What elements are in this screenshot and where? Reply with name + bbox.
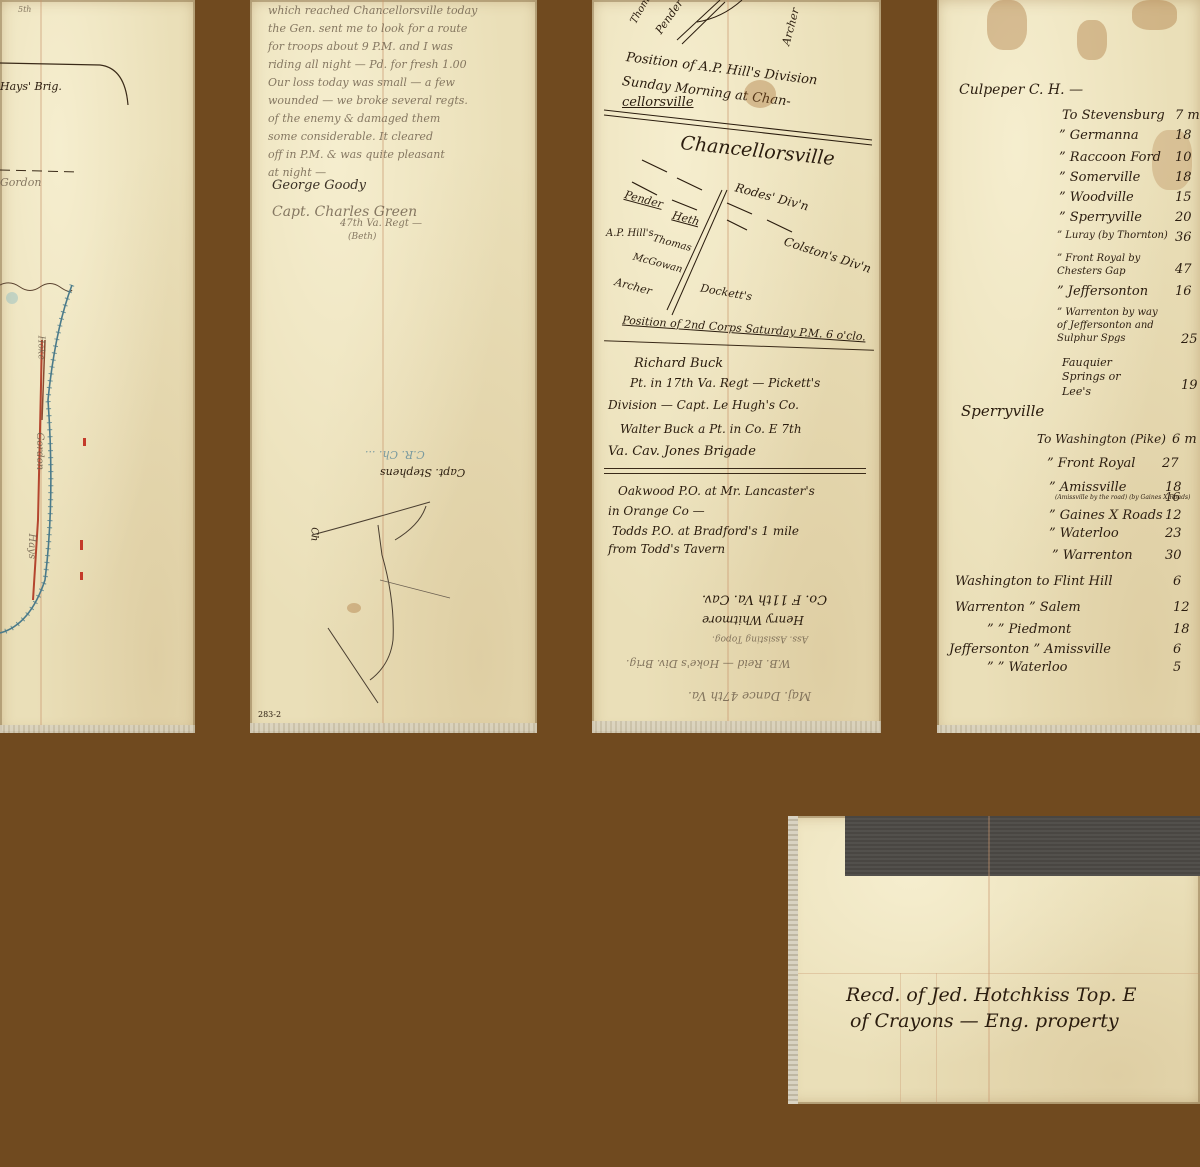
section-origin: Culpeper C. H. — (959, 82, 1083, 100)
ruled-line (798, 973, 1200, 974)
distance-miles: 30 (1165, 548, 1182, 563)
distance-place: ” Gaines X Roads (1049, 508, 1163, 523)
distance-place: ” Jeffersonton (1057, 284, 1148, 299)
distance-place: Jeffersonton ” Amissville (949, 642, 1111, 657)
map-label: Gordon (33, 432, 46, 470)
distance-place: ” Sperryville (1059, 210, 1142, 225)
distance-miles: 7 m (1175, 108, 1200, 123)
entry-line: Pt. in 17th Va. Regt — Pickett's (630, 376, 820, 391)
upside-down-line: W.B. Reid — Hoke's Div. Brig. (626, 656, 791, 670)
page-id: 283-2 (258, 710, 281, 720)
distance-place: ” Woodville (1059, 190, 1134, 205)
distance-place: Warrenton ” Salem (955, 600, 1081, 615)
page-edge (0, 725, 195, 733)
upside-down-line: Maj. Dance 47th Va. (688, 688, 811, 703)
distance-place: To Stevensburg (1062, 108, 1165, 123)
distance-miles: 18 (1173, 622, 1190, 637)
distance-miles: 27 (1162, 456, 1179, 471)
map-label: Hoke (34, 336, 45, 360)
notebook-page-5[interactable]: Recd. of Jed. Hotchkiss Top. E of Crayon… (788, 816, 1200, 1104)
distance-place: ” Waterloo (1049, 526, 1119, 541)
sketch-label: Ch (307, 527, 320, 541)
map-label: 5th (18, 5, 31, 15)
distance-place: ” Warrenton by way of Jeffersonton and S… (1057, 306, 1169, 345)
distance-place: ” Raccoon Ford (1059, 150, 1161, 165)
divider (604, 468, 866, 474)
notebook-page-2[interactable]: which reached Chancellorsville today the… (250, 0, 537, 733)
stain (987, 0, 1027, 50)
entry-line: Division — Capt. Le Hugh's Co. (608, 398, 799, 413)
entry-line: Walter Buck a Pt. in Co. E 7th (620, 422, 802, 437)
notebook-page-1[interactable]: 5th Hays' Brig. Gordon Hoke Gordon Hays (0, 0, 195, 733)
distance-miles: 10 (1175, 150, 1192, 165)
page-fold (988, 816, 990, 1104)
distance-miles: 19 (1181, 378, 1198, 393)
upside-down-line: Ass. Assisting Topog. (712, 632, 808, 643)
stain (347, 603, 361, 613)
notebook-page-4[interactable]: Culpeper C. H. — To Stevensburg7 m ” Ger… (937, 0, 1200, 733)
page-edge (937, 725, 1200, 733)
stain (744, 80, 776, 108)
upside-down-line: Co. F 11th Va. Cav. (702, 590, 827, 606)
section-origin: Sperryville (961, 402, 1044, 421)
distance-place: ” Warrenton (1052, 548, 1133, 563)
distance-place: Washington to Flint Hill (955, 574, 1113, 589)
distance-miles: 23 (1165, 526, 1182, 541)
distance-place: ” ” Waterloo (987, 660, 1067, 675)
distance-miles: 36 (1175, 230, 1192, 245)
map-label: Gordon (0, 176, 41, 190)
distance-miles: 6 (1173, 574, 1181, 589)
distance-miles: 6 (1173, 642, 1181, 657)
entry-line: Oakwood P.O. at Mr. Lancaster's (618, 484, 815, 499)
distance-place: Fauquier Springs or Lee's (1062, 356, 1152, 399)
page-edge (250, 723, 537, 733)
distance-place: ” Amissville (1049, 480, 1127, 495)
entry-line: Todds P.O. at Bradford's 1 mile (612, 524, 799, 539)
stain (1077, 20, 1107, 60)
distance-place: ” Front Royal (1047, 456, 1135, 471)
receipt-line: of Crayons — Eng. property (850, 1010, 1119, 1034)
upside-down-line: Henry Whitmore (702, 612, 804, 627)
distance-miles: 15 (1175, 190, 1192, 205)
distance-miles: 18 (1175, 170, 1192, 185)
distance-miles: 5 (1173, 660, 1181, 675)
distance-miles: 6 m (1172, 432, 1197, 447)
distance-miles: 12 (1173, 600, 1190, 615)
distance-miles: 25 (1181, 332, 1198, 347)
distance-miles: 12 (1165, 508, 1182, 523)
distance-miles: 20 (1175, 210, 1192, 225)
distance-miles: 16 (1175, 284, 1192, 299)
mount-backing (845, 816, 1200, 876)
page-edge (592, 721, 881, 733)
stain (1132, 0, 1177, 30)
entry-line: in Orange Co — (608, 504, 705, 519)
notebook-page-3[interactable]: Thomas Pender Archer Position of A.P. Hi… (592, 0, 881, 733)
distance-miles: 18 (1175, 128, 1192, 143)
map-label: Hays (24, 534, 37, 559)
entry-line: from Todd's Tavern (608, 542, 725, 557)
distance-place: To Washington (Pike) (1037, 432, 1166, 446)
battle-sketch-map (0, 0, 195, 733)
distance-place: ” Luray (by Thornton) (1057, 230, 1168, 241)
distance-miles: 47 (1175, 262, 1192, 277)
distance-miles: 16 (1165, 490, 1180, 504)
section-heading: cellorsville (622, 95, 694, 111)
distance-place: ” Germanna (1059, 128, 1139, 143)
map-label: Hays' Brig. (0, 80, 62, 94)
distance-place: ” Somerville (1059, 170, 1140, 185)
map-label: A.P. Hill's (606, 228, 654, 241)
distance-place: ” ” Piedmont (987, 622, 1071, 637)
distance-place: ” Front Royal by Chesters Gap (1057, 252, 1157, 278)
page-binding-edge (788, 816, 798, 1104)
entry-line: Richard Buck (634, 356, 723, 372)
receipt-line: Recd. of Jed. Hotchkiss Top. E (846, 984, 1136, 1008)
entry-line: Va. Cav. Jones Brigade (608, 444, 756, 460)
road-sketch (250, 0, 537, 733)
